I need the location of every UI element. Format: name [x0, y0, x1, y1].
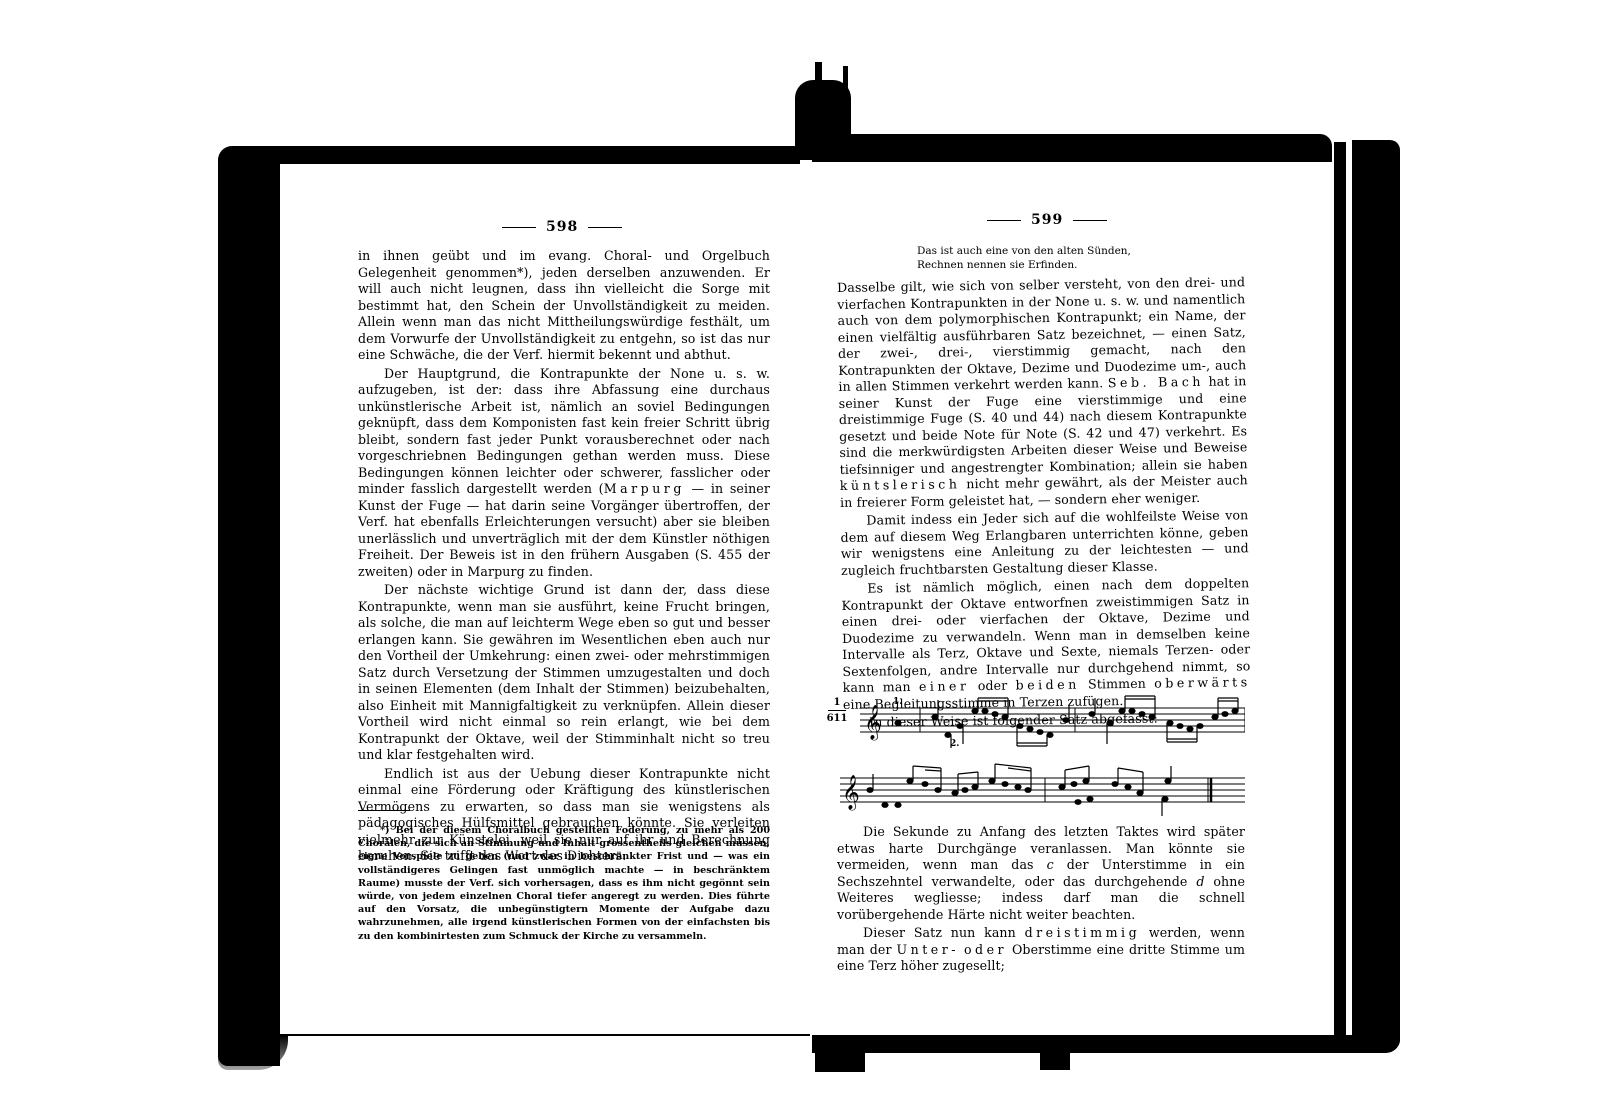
- folio-dash: [987, 220, 1021, 221]
- page-number-right: 599: [987, 212, 1107, 228]
- paragraph: Damit indess ein Jeder sich auf die wohl…: [840, 507, 1249, 579]
- treble-clef-icon: 𝄞: [864, 705, 882, 741]
- page-number-left: 598: [502, 219, 622, 235]
- spaced-name-bach: Seb. Bach: [1108, 374, 1204, 390]
- binding-clip-spike: [815, 62, 822, 92]
- footnote-text: *) Bei der diesem Choralbuch gestellten …: [358, 824, 770, 943]
- left-page: 598 in ihnen geübt und im evang. Choral-…: [280, 164, 808, 1034]
- footnote-rule: [358, 810, 410, 811]
- spaced-name-marpurg: Marpurg: [604, 481, 685, 496]
- footnote: *) Bei der diesem Choralbuch gestellten …: [358, 824, 770, 943]
- note-name-c: c: [1047, 857, 1054, 872]
- paragraph: Dasselbe gilt, wie sich von selber verst…: [837, 274, 1248, 511]
- treble-clef-icon: 𝄞: [842, 775, 860, 811]
- folio-dash: [502, 227, 536, 228]
- paragraph: Der nächste wichtige Grund ist dann der,…: [358, 582, 770, 764]
- left-book-corner: [218, 1000, 288, 1070]
- spaced-word: dreistimmig: [1025, 925, 1141, 940]
- paragraph-text: Der Hauptgrund, die Kontrapunkte der Non…: [358, 366, 770, 497]
- left-page-body: in ihnen geübt und im evang. Choral- und…: [358, 248, 770, 865]
- right-page-top-edge: [812, 134, 1332, 162]
- paragraph-text: Dieser Satz nun kann: [863, 925, 1025, 940]
- music-staff-system-2: 𝄞: [830, 760, 1245, 822]
- music-staff-system-1: 𝄞 1. 2.: [830, 690, 1245, 750]
- right-page-body: Dasselbe gilt, wie sich von selber verst…: [837, 274, 1251, 731]
- binding-foot: [815, 1052, 865, 1072]
- paragraph: in ihnen geübt und im evang. Choral- und…: [358, 248, 770, 364]
- spaced-word: oberwärts: [1154, 674, 1251, 690]
- left-book-edge: [218, 146, 280, 1066]
- folio-dash: [588, 227, 622, 228]
- verse-quote: Das ist auch eine von den alten Sünden, …: [917, 244, 1131, 272]
- verse-line: Rechnen nennen sie Erfinden.: [917, 258, 1131, 272]
- right-book-edge: [1352, 140, 1400, 1050]
- folio-dash: [1073, 220, 1107, 221]
- binding-clip-spike: [843, 66, 848, 92]
- paragraph: Dieser Satz nun kann dreistimmig werden,…: [837, 925, 1245, 975]
- note-name-d: d: [1196, 874, 1204, 889]
- page-number: 598: [546, 219, 578, 235]
- verse-line: Das ist auch eine von den alten Sünden,: [917, 244, 1131, 258]
- paragraph: Die Sekunde zu Anfang des letzten Taktes…: [837, 824, 1245, 923]
- right-book-edge-inner: [1334, 142, 1346, 1047]
- spaced-word: Unter-: [897, 942, 960, 957]
- spaced-word: oder: [964, 942, 1007, 957]
- right-page-body-continued: Die Sekunde zu Anfang des letzten Taktes…: [837, 822, 1245, 975]
- right-page: 599 Das ist auch eine von den alten Sünd…: [812, 162, 1334, 1035]
- page-number: 599: [1031, 212, 1063, 228]
- spaced-word: küntslerisch: [840, 476, 961, 493]
- left-page-top-edge: [240, 146, 800, 164]
- binding-foot-mark: [1040, 1045, 1070, 1070]
- svg-text:1.: 1.: [893, 697, 902, 707]
- right-page-bottom-edge: [812, 1035, 1400, 1053]
- paragraph: Der Hauptgrund, die Kontrapunkte der Non…: [358, 366, 770, 581]
- left-page-bottom-edge: [280, 1034, 810, 1036]
